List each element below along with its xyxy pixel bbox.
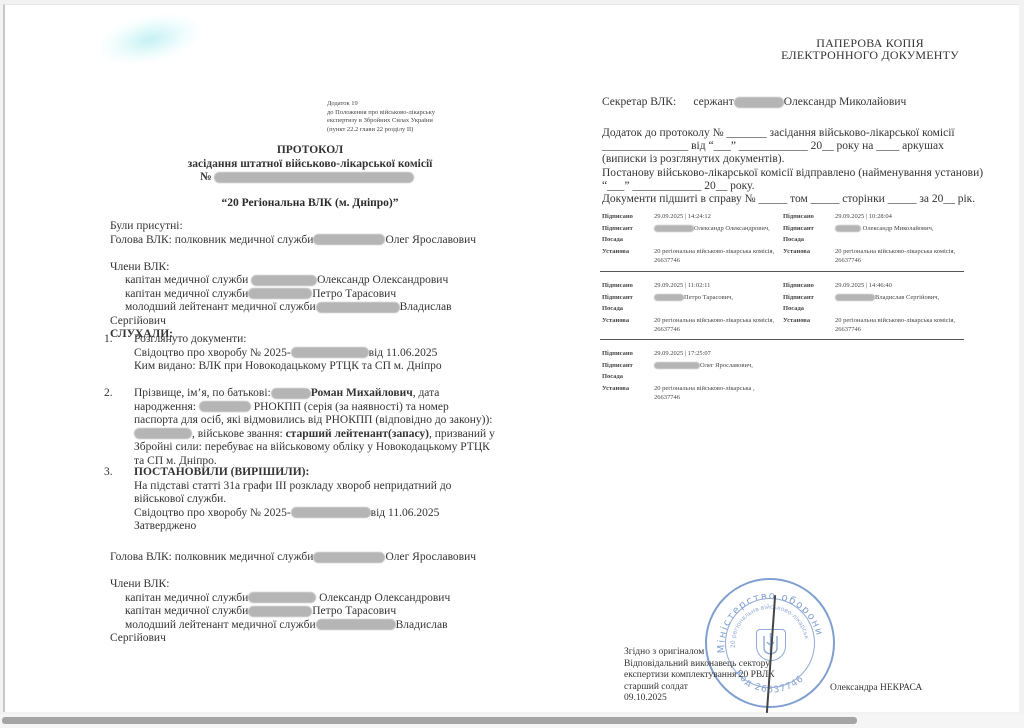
heard-item-2: 2.Прізвище, ім’я, по батькові:Роман Миха… (104, 387, 495, 468)
addendum-block: Додаток до протоколу № _______ засідання… (602, 127, 983, 206)
annex-note: Додаток 19 до Положення про військово-лі… (327, 100, 435, 134)
protocol-number: № (160, 171, 460, 185)
decision-section: 3.ПОСТАНОВИЛИ (ВИРІШИЛИ): На підставі ст… (104, 466, 451, 534)
signature-divider (600, 271, 964, 272)
protocol-title: ПРОТОКОЛ засідання штатної військово-лік… (160, 144, 460, 185)
scan-smudge (96, 7, 203, 72)
redacted-number (214, 172, 414, 183)
horizontal-scrollbar-thumb[interactable] (2, 717, 857, 724)
chair-line: Голова ВЛК: полковник медичної службиОле… (110, 234, 476, 248)
signature-divider (600, 339, 964, 340)
certification-block: Згідно з оригіналом Відповідальний викон… (624, 647, 775, 705)
certifier-name: Олександра НЕКРАСА (830, 683, 922, 693)
left-signatures: Голова ВЛК: полковник медичної службиОле… (110, 551, 476, 646)
vlk-name: “20 Регіональна ВЛК (м. Дніпро)” (160, 197, 460, 209)
heard-item-1: 1.Розглянуто документи: Свідоцтво про хв… (104, 333, 495, 374)
member-line: молодший лейтенант медичної службиВладис… (110, 301, 476, 315)
e-signature-2: Підписано29.09.2025 | 10:28:04 Підписант… (783, 211, 961, 265)
heard-items: 1.Розглянуто документи: Свідоцтво про хв… (104, 333, 495, 468)
paper-copy-stamp: ПАПЕРОВА КОПІЯ ЕЛЕКТРОННОГО ДОКУМЕНТУ (770, 37, 970, 61)
e-signature-1: Підписано29.09.2025 | 14:24:12 Підписант… (602, 211, 780, 265)
member-line: капітан медичної службиПетро Тарасович (110, 288, 476, 302)
e-signature-3: Підписано29.09.2025 | 11:02:11 Підписант… (602, 280, 780, 334)
chair-signature-line: Голова ВЛК: полковник медичної службиОле… (110, 551, 476, 565)
member-line: капітан медичної служби Олександр Олекса… (110, 274, 476, 288)
attendees-section: Були присутні: Голова ВЛК: полковник мед… (110, 220, 476, 342)
secretary-line: Секретар ВЛК: сержантОлександр Миколайов… (602, 96, 906, 110)
e-signature-5: Підписано29.09.2025 | 17:25:07 Підписант… (602, 348, 780, 402)
e-signature-4: Підписано29.09.2025 | 14:46:40 Підписант… (783, 280, 961, 334)
